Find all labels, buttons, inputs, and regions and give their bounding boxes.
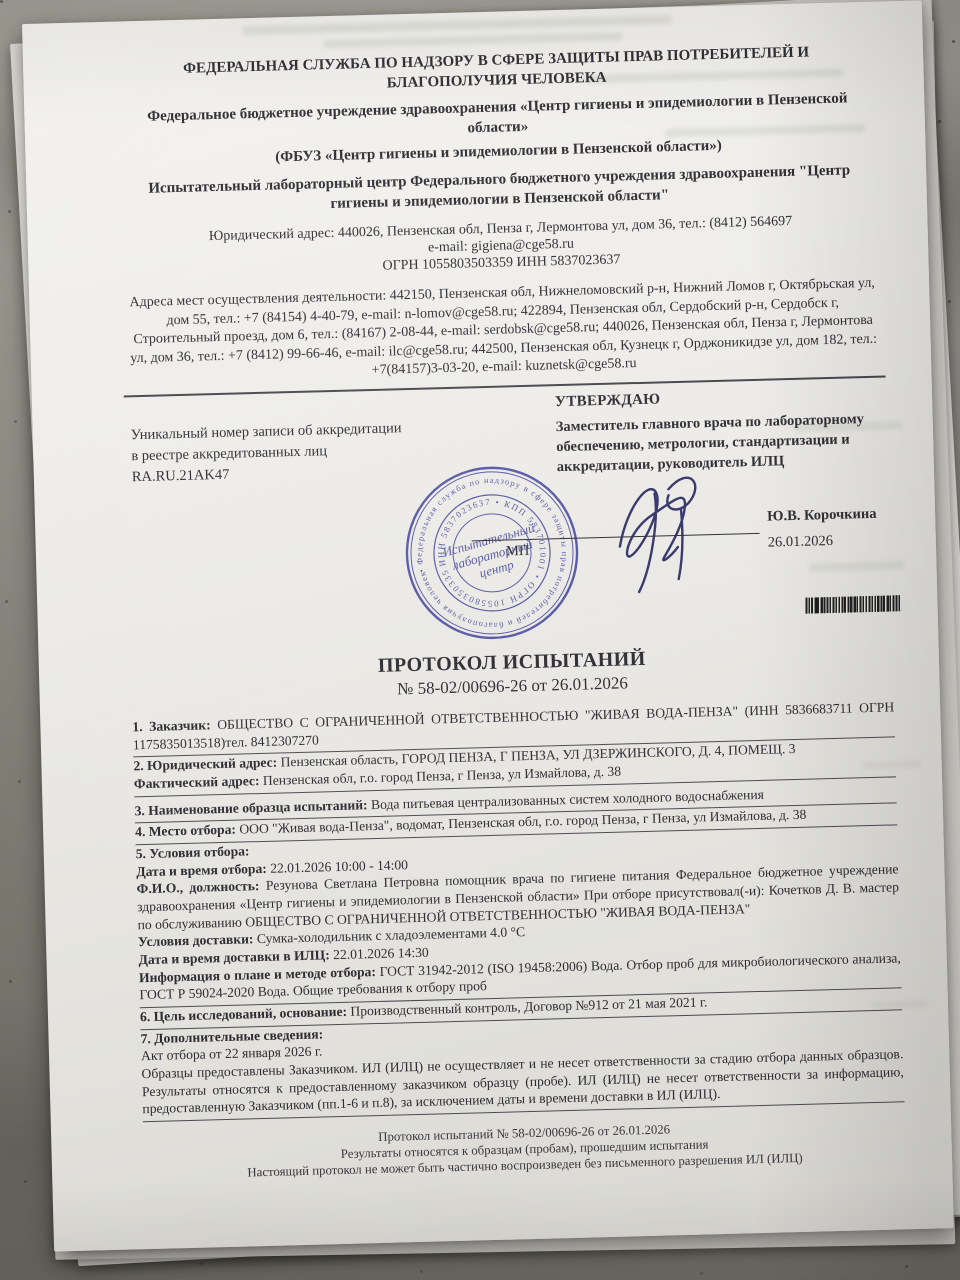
section-label: Ф.И.О., должность:	[136, 879, 259, 897]
activity-addresses: Адреса мест осуществления деятельности: …	[124, 275, 882, 388]
seal-placeholder-label: МП	[506, 543, 530, 561]
section-label: 3. Наименование образца испытаний:	[134, 797, 367, 818]
protocol-sections: 1. Заказчик: ОБЩЕСТВО С ОГРАНИЧЕННОЙ ОТВ…	[132, 698, 904, 1122]
section-label: Условия доставки:	[138, 932, 254, 950]
section-label: 2. Юридический адрес:	[133, 755, 277, 774]
section-label: 6. Цель исследований, основание:	[140, 1004, 347, 1024]
signature	[596, 456, 740, 610]
laboratory-name: Испытательный лабораторный центр Федерал…	[129, 161, 870, 219]
approval-zone: Уникальный номер записи об аккредитации …	[124, 382, 892, 654]
page-footer: Протокол испытаний № 58-02/00696-26 от 2…	[143, 1116, 906, 1184]
section-label: Дата и время отбора:	[136, 861, 267, 879]
section-value: 22.01.2026 14:30	[333, 945, 429, 962]
approver-name: Ю.В. Корочкина	[767, 506, 877, 526]
photo-scene: ФЕДЕРАЛЬНАЯ СЛУЖБА ПО НАДЗОРУ В СФЕРЕ ЗА…	[0, 0, 960, 1280]
section-label: 4. Место отбора:	[135, 822, 236, 840]
section-label: Фактический адрес:	[134, 773, 260, 791]
section-label: 1. Заказчик:	[132, 717, 211, 734]
barcode	[805, 595, 901, 614]
section-additional-info: 7. Дополнительные сведения: Акт отбора о…	[140, 1010, 904, 1122]
section-value: 22.01.2026 10:00 - 14:00	[270, 857, 408, 876]
section-label: 5. Условия отбора:	[136, 843, 250, 861]
concrete-speckles	[0, 0, 3, 3]
letterhead: ФЕДЕРАЛЬНАЯ СЛУЖБА ПО НАДЗОРУ В СФЕРЕ ЗА…	[115, 42, 885, 388]
accreditation-record: Уникальный номер записи об аккредитации …	[131, 417, 463, 489]
document-content: ФЕДЕРАЛЬНАЯ СЛУЖБА ПО НАДЗОРУ В СФЕРЕ ЗА…	[22, 0, 952, 1186]
approval-date: 26.01.2026	[768, 533, 834, 552]
document-page: ФЕДЕРАЛЬНАЯ СЛУЖБА ПО НАДЗОРУ В СФЕРЕ ЗА…	[22, 0, 954, 1251]
